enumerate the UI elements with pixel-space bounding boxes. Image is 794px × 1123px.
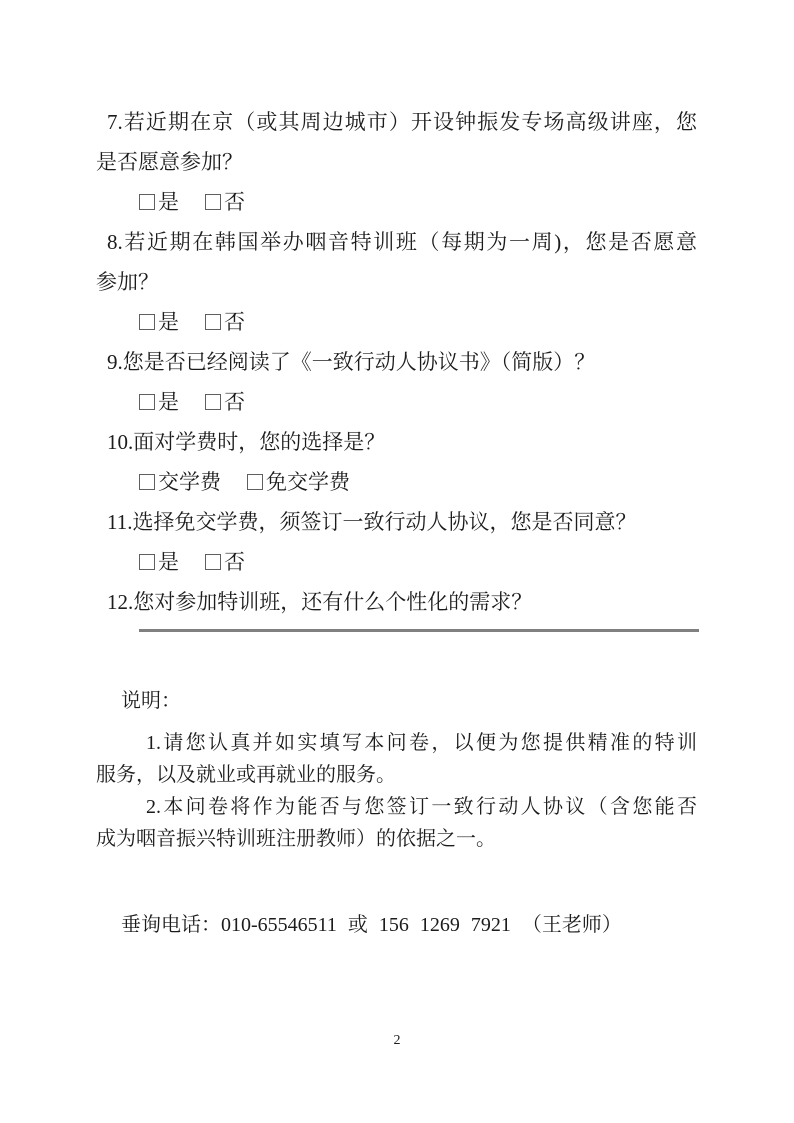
option-row: 是否: [139, 542, 697, 582]
questions-section: 7.若近期在京（或其周边城市）开设钟振发专场高级讲座，您是否愿意参加？是否8.若…: [96, 102, 697, 632]
checkbox-label: 免交学费: [266, 470, 350, 494]
checkbox-option[interactable]: 免交学费: [247, 462, 350, 502]
question-block: 10.面对学费时，您的选择是？交学费免交学费: [96, 422, 697, 502]
checkbox-label: 是: [158, 390, 179, 414]
checkbox-option[interactable]: 是: [139, 302, 179, 342]
question-line: 7.若近期在京（或其周边城市）开设钟振发专场高级讲座，您: [107, 102, 697, 142]
question-line: 11.选择免交学费，须签订一致行动人协议，您是否同意？: [107, 502, 697, 542]
option-row: 是否: [139, 382, 697, 422]
question-line: 10.面对学费时，您的选择是？: [107, 422, 697, 462]
note-line: 2.本问卷将作为能否与您签订一致行动人协议（含您能否: [146, 791, 697, 823]
checkbox-label: 是: [158, 190, 179, 214]
note-line: 成为咽音振兴特训班注册教师）的依据之一。: [96, 823, 697, 855]
question-block: 7.若近期在京（或其周边城市）开设钟振发专场高级讲座，您是否愿意参加？是否: [96, 102, 697, 222]
checkbox-option[interactable]: 否: [205, 542, 245, 582]
option-row: 是否: [139, 302, 697, 342]
checkbox-option[interactable]: 否: [205, 382, 245, 422]
checkbox-option[interactable]: 是: [139, 182, 179, 222]
answer-blank-line: [139, 629, 699, 632]
checkbox-label: 否: [224, 550, 245, 574]
checkbox-label: 是: [158, 310, 179, 334]
notes-heading: 说明：: [121, 685, 697, 717]
question-block: 9.您是否已经阅读了《一致行动人协议书》（简版）？是否: [96, 342, 697, 422]
checkbox-icon[interactable]: [205, 394, 221, 410]
notes-section: 说明： 1.请您认真并如实填写本问卷，以便为您提供精准的特训服务，以及就业或再就…: [96, 685, 697, 855]
question-block: 11.选择免交学费，须签订一致行动人协议，您是否同意？是否: [96, 502, 697, 582]
checkbox-icon[interactable]: [205, 554, 221, 570]
question-line: 参加？: [96, 262, 697, 302]
checkbox-label: 是: [158, 550, 179, 574]
question-block: 8.若近期在韩国举办咽音特训班（每期为一周)，您是否愿意参加？是否: [96, 222, 697, 342]
page-content: 7.若近期在京（或其周边城市）开设钟振发专场高级讲座，您是否愿意参加？是否8.若…: [96, 102, 697, 941]
option-row: 交学费免交学费: [139, 462, 697, 502]
note-item: 2.本问卷将作为能否与您签订一致行动人协议（含您能否成为咽音振兴特训班注册教师）…: [96, 791, 697, 855]
note-item: 1.请您认真并如实填写本问卷，以便为您提供精准的特训服务，以及就业或再就业的服务…: [96, 727, 697, 791]
note-line: 服务，以及就业或再就业的服务。: [96, 759, 697, 791]
checkbox-option[interactable]: 否: [205, 302, 245, 342]
checkbox-icon[interactable]: [205, 314, 221, 330]
checkbox-option[interactable]: 否: [205, 182, 245, 222]
contact-phone: 垂询电话：010-65546511 或 156 1269 7921 （王老师）: [121, 909, 697, 941]
checkbox-icon[interactable]: [139, 554, 155, 570]
notes-items: 1.请您认真并如实填写本问卷，以便为您提供精准的特训服务，以及就业或再就业的服务…: [96, 727, 697, 855]
checkbox-option[interactable]: 是: [139, 542, 179, 582]
question-block: 12.您对参加特训班，还有什么个性化的需求？: [96, 582, 697, 632]
checkbox-label: 否: [224, 190, 245, 214]
checkbox-icon[interactable]: [247, 474, 263, 490]
option-row: 是否: [139, 182, 697, 222]
checkbox-option[interactable]: 交学费: [139, 462, 221, 502]
checkbox-icon[interactable]: [205, 194, 221, 210]
checkbox-icon[interactable]: [139, 194, 155, 210]
checkbox-option[interactable]: 是: [139, 382, 179, 422]
checkbox-label: 否: [224, 390, 245, 414]
page-number: 2: [0, 1032, 794, 1050]
note-line: 1.请您认真并如实填写本问卷，以便为您提供精准的特训: [146, 727, 697, 759]
question-line: 9.您是否已经阅读了《一致行动人协议书》（简版）？: [107, 342, 697, 382]
checkbox-icon[interactable]: [139, 314, 155, 330]
question-line: 8.若近期在韩国举办咽音特训班（每期为一周)，您是否愿意: [107, 222, 697, 262]
checkbox-icon[interactable]: [139, 394, 155, 410]
checkbox-label: 否: [224, 310, 245, 334]
question-line: 是否愿意参加？: [96, 142, 697, 182]
questionnaire-page: 7.若近期在京（或其周边城市）开设钟振发专场高级讲座，您是否愿意参加？是否8.若…: [0, 0, 794, 1123]
question-line: 12.您对参加特训班，还有什么个性化的需求？: [107, 582, 697, 622]
checkbox-label: 交学费: [158, 470, 221, 494]
checkbox-icon[interactable]: [139, 474, 155, 490]
